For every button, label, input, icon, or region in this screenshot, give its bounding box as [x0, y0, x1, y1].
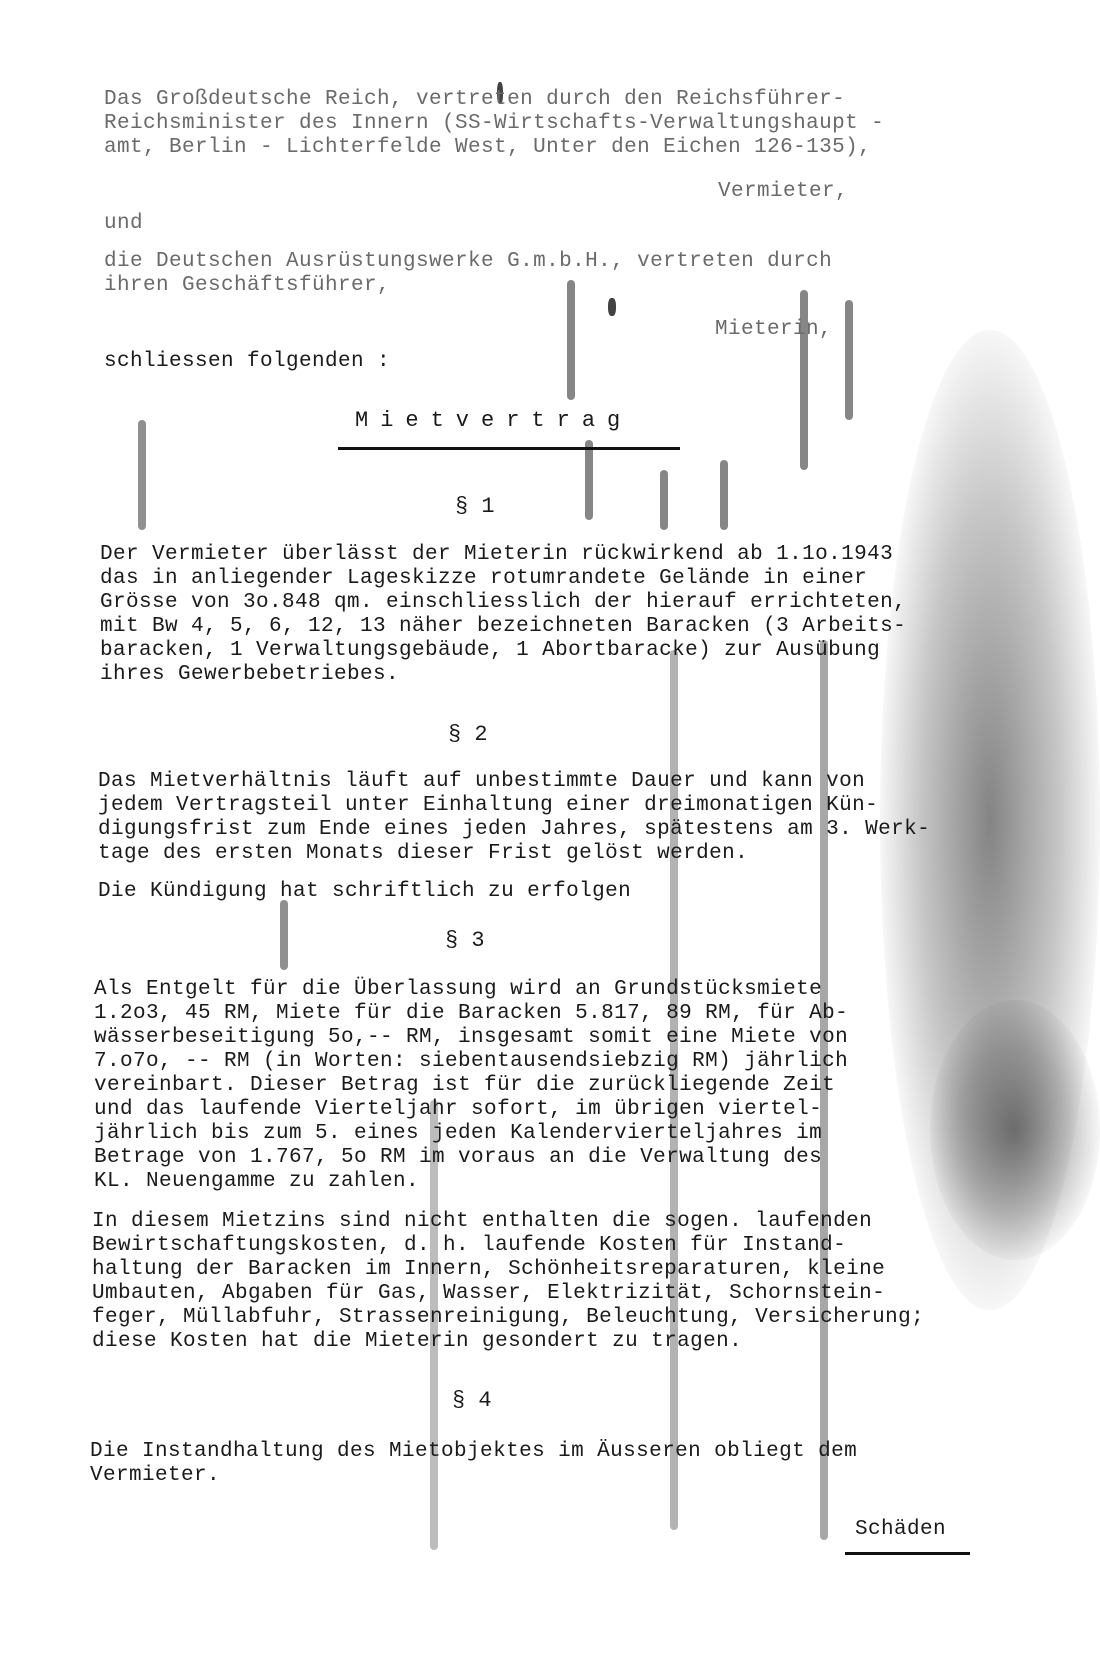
section-3-line: wässerbeseitigung 5o,-- RM, insgesamt so… [94, 1026, 848, 1050]
smudge-streak [660, 470, 668, 530]
ink-blot [608, 298, 616, 316]
landlord-line-3: amt, Berlin - Lichterfelde West, Unter d… [104, 136, 871, 160]
conjunction: und [104, 212, 143, 236]
section-3-line: Umbauten, Abgaben für Gas, Wasser, Elekt… [92, 1282, 885, 1306]
section-3-line: KL. Neuengamme zu zahlen. [94, 1170, 419, 1194]
section-3-line: haltung der Baracken im Innern, Schönhei… [92, 1258, 885, 1282]
document-page: Das Großdeutsche Reich, vertreten durch … [0, 0, 1100, 1662]
section-3-line: In diesem Mietzins sind nicht enthalten … [92, 1210, 872, 1234]
section-1-line: das in anliegender Lageskizze rotumrande… [100, 567, 867, 591]
section-3-line: vereinbart. Dieser Betrag ist für die zu… [94, 1074, 835, 1098]
document-title: Mietvertrag [355, 408, 632, 433]
smudge-streak [720, 460, 728, 530]
section-3-line: feger, Müllabfuhr, Strassenreinigung, Be… [92, 1306, 924, 1330]
section-2-line: digungsfrist zum Ende eines jeden Jahres… [98, 818, 930, 842]
smudge-streak [845, 300, 853, 420]
section-1-line: Der Vermieter überlässt der Mieterin rüc… [100, 543, 893, 567]
section-3-line: 1.2o3, 45 RM, Miete für die Baracken 5.8… [94, 1002, 848, 1026]
section-4-line: Die Instandhaltung des Mietobjektes im Ä… [90, 1440, 857, 1464]
section-1-line: baracken, 1 Verwaltungsgebäude, 1 Abortb… [100, 639, 880, 663]
section-3-line: jährlich bis zum 5. eines jeden Kalender… [94, 1122, 822, 1146]
section-1-heading: § 1 [455, 494, 495, 519]
section-3-line: Als Entgelt für die Überlassung wird an … [94, 978, 822, 1002]
section-1-line: mit Bw 4, 5, 6, 12, 13 näher bezeichnete… [100, 615, 906, 639]
section-4-line: Vermieter. [90, 1464, 220, 1488]
tenant-role: Mieterin, [715, 318, 832, 342]
section-3-line: diese Kosten hat die Mieterin gesondert … [92, 1330, 742, 1354]
landlord-role: Vermieter, [718, 180, 848, 204]
continuation-underline [845, 1552, 970, 1555]
tenant-line-1: die Deutschen Ausrüstungswerke G.m.b.H.,… [104, 250, 832, 274]
section-3-line: 7.o7o, -- RM (in Worten: siebentausendsi… [94, 1050, 848, 1074]
landlord-line-2: Reichsminister des Innern (SS-Wirtschaft… [104, 112, 884, 136]
section-2-line: Die Kündigung hat schriftlich zu erfolge… [98, 880, 631, 904]
section-2-line: jedem Vertragsteil unter Einhaltung eine… [98, 794, 878, 818]
section-2-heading: § 2 [448, 722, 488, 747]
smudge-cloud [930, 1000, 1100, 1260]
title-underline [338, 447, 680, 450]
continuation-word: Schäden [855, 1518, 946, 1542]
smudge-streak [567, 280, 575, 400]
smudge-streak [800, 290, 808, 470]
section-1-line: Grösse von 3o.848 qm. einschliesslich de… [100, 591, 906, 615]
section-4-heading: § 4 [452, 1388, 492, 1413]
section-3-line: Betrage von 1.767, 5o RM im voraus an di… [94, 1146, 822, 1170]
section-3-line: Bewirtschaftungskosten, d. h. laufende K… [92, 1234, 846, 1258]
smudge-streak [585, 440, 593, 520]
tenant-line-2: ihren Geschäftsführer, [104, 274, 390, 298]
landlord-line-1: Das Großdeutsche Reich, vertreten durch … [104, 88, 845, 112]
smudge-streak [138, 420, 146, 530]
smudge-streak [280, 900, 288, 970]
section-2-line: Das Mietverhältnis läuft auf unbestimmte… [98, 770, 865, 794]
section-1-line: ihres Gewerbebetriebes. [100, 663, 399, 687]
section-3-line: und das laufende Vierteljahr sofort, im … [94, 1098, 822, 1122]
section-3-heading: § 3 [445, 928, 485, 953]
closing-phrase: schliessen folgenden : [104, 350, 390, 374]
section-2-line: tage des ersten Monats dieser Frist gelö… [98, 842, 748, 866]
